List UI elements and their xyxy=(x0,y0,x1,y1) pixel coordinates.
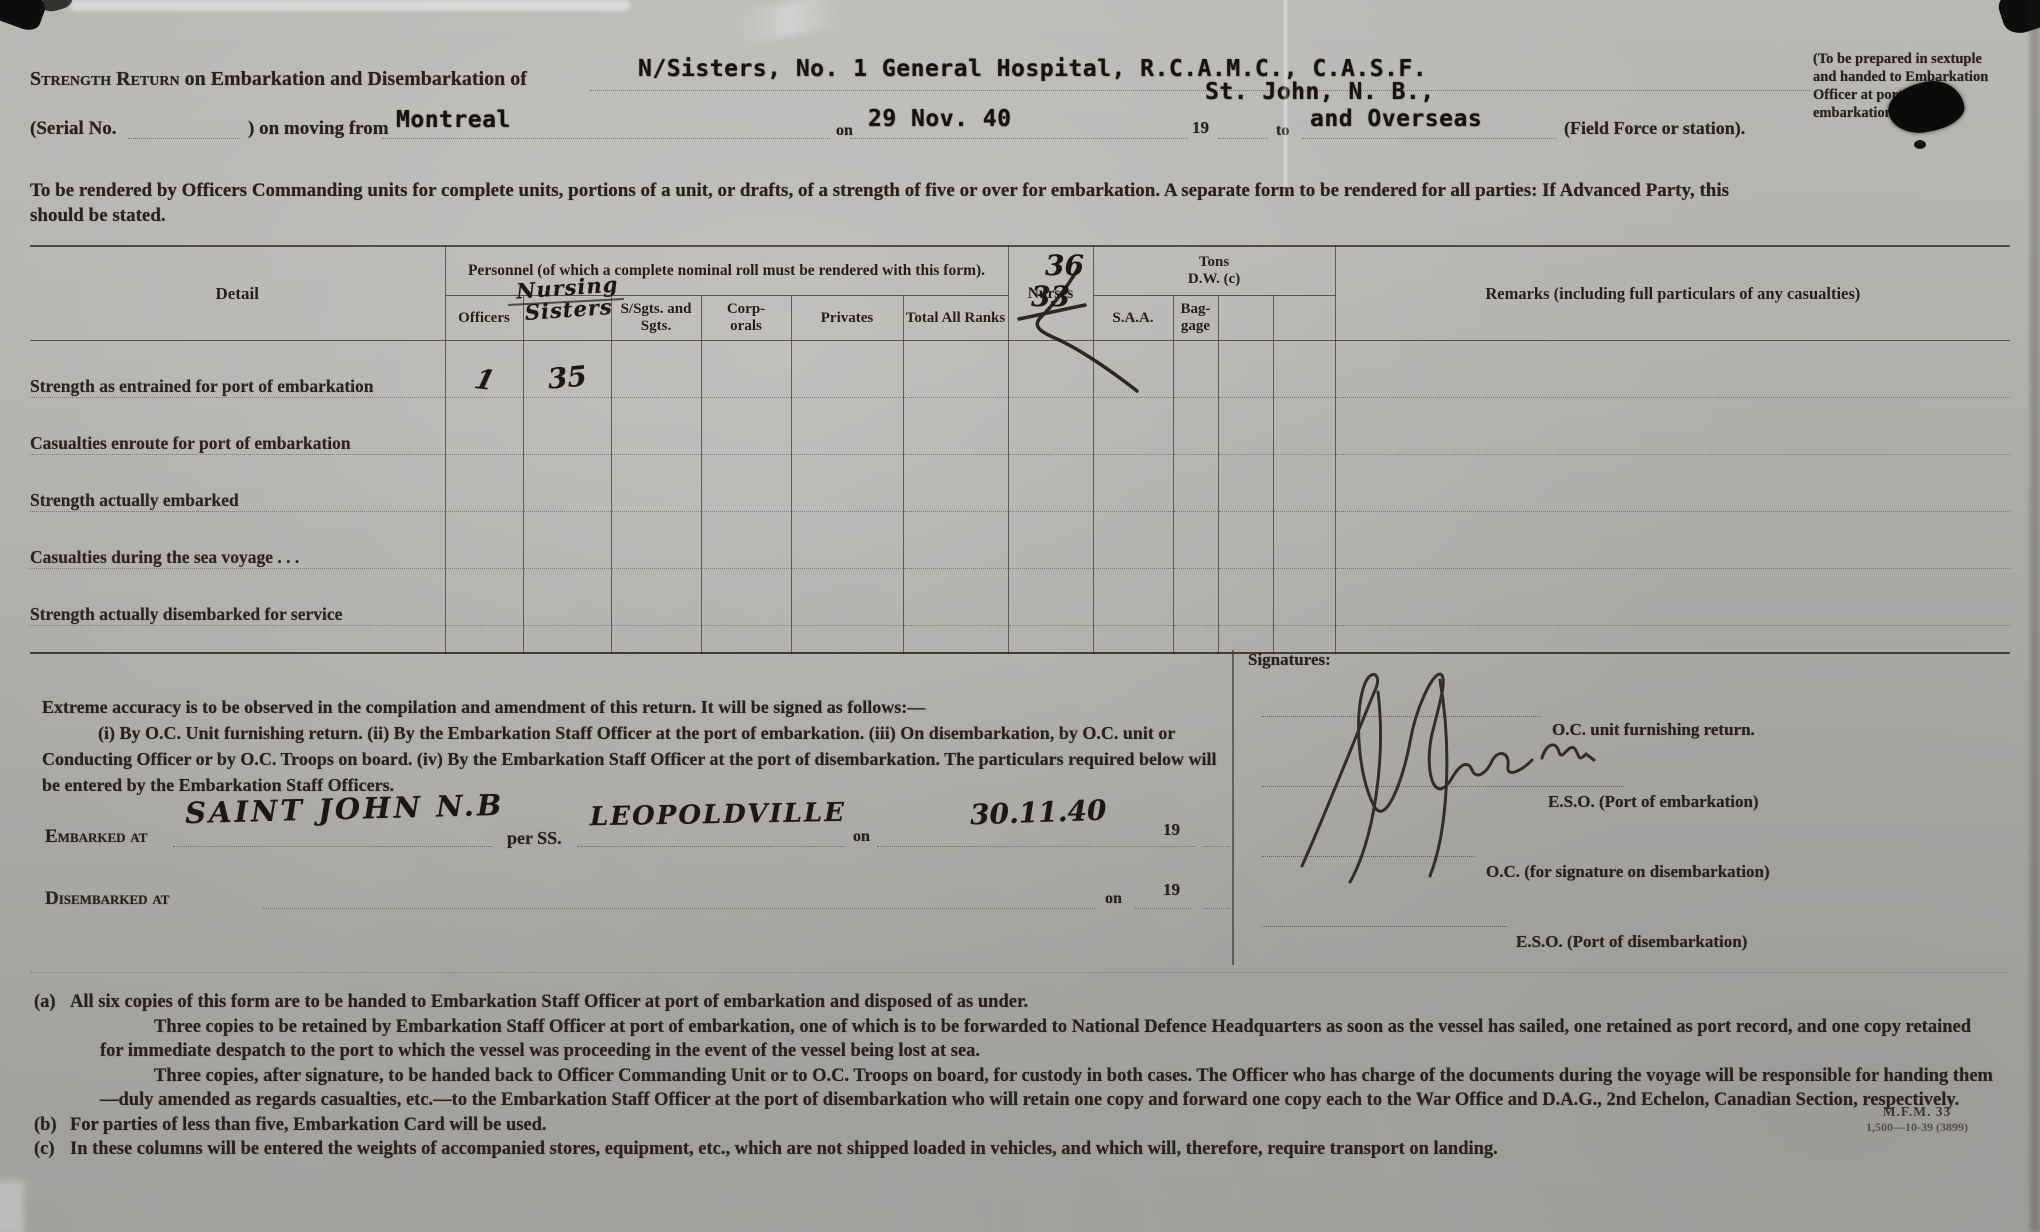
row-label: Casualties enroute for port of embarkati… xyxy=(30,398,445,455)
row-label: Strength actually embarked xyxy=(30,455,445,512)
baggage-line1: Bag- xyxy=(1174,301,1218,318)
strength-table-wrap: Detail Personnel (of which a complete no… xyxy=(30,245,2010,654)
scan-streak-diagonal xyxy=(659,0,921,56)
col-header-baggage: Bag- gage xyxy=(1173,296,1218,341)
table-cell xyxy=(1218,341,1273,398)
officers-value: 1 xyxy=(471,364,498,397)
table-cell xyxy=(523,626,611,654)
disembarked-row: Disembarked at on 19 xyxy=(45,876,1230,916)
table-cell xyxy=(903,569,1008,626)
corporals-line2: orals xyxy=(702,318,791,335)
table-cell xyxy=(701,341,791,398)
nursing-sisters-value-cell: 35 xyxy=(523,341,611,398)
table-cell xyxy=(611,626,701,654)
disembark-year-prefix: 19 xyxy=(1163,880,1180,900)
table-cell xyxy=(791,398,903,455)
signature-scrawl xyxy=(1280,658,1640,898)
table-cell xyxy=(1173,626,1218,654)
eso-disembark-signature-line xyxy=(1262,926,1507,927)
title-dotted-line xyxy=(590,90,1810,91)
ink-blot-dot xyxy=(1914,140,1926,149)
ink-flourish-stroke xyxy=(1013,261,1153,401)
serial-row: (Serial No. ) on moving from Montreal on… xyxy=(30,106,1820,144)
accuracy-instructions: Extreme accuracy is to be observed in th… xyxy=(42,694,1232,798)
footer-notes: (a) All six copies of this form are to b… xyxy=(34,990,1998,1162)
table-cell xyxy=(1093,512,1173,569)
table-cell xyxy=(523,512,611,569)
table-cell xyxy=(1273,512,1335,569)
note-a-label: (a) xyxy=(34,990,70,1015)
embarked-place-line xyxy=(173,846,493,847)
embarked-row: Embarked at SAINT JOHN N.B per SS. LEOPO… xyxy=(45,798,1230,854)
serial-no-label: (Serial No. xyxy=(30,118,117,140)
serial-no-line xyxy=(128,138,240,139)
col-header-officers: Officers xyxy=(445,296,523,341)
remarks-cell xyxy=(1335,341,2010,398)
render-note: To be rendered by Officers Commanding un… xyxy=(30,178,1780,228)
col-header-detail: Detail xyxy=(30,246,445,341)
table-cell xyxy=(611,512,701,569)
table-cell xyxy=(903,398,1008,455)
note-b-label: (b) xyxy=(34,1113,70,1138)
signatures-divider-line xyxy=(1232,650,1234,965)
note-a-text: All six copies of this form are to be ha… xyxy=(70,990,1028,1015)
disembark-year-line xyxy=(1203,908,1230,909)
unit-place-typed: St. John, N. B., xyxy=(1205,79,1435,105)
form-title-caps: Strength Return xyxy=(30,68,180,90)
note-b-text: For parties of less than five, Embarkati… xyxy=(70,1113,547,1138)
table-cell xyxy=(1008,398,1093,455)
scan-edge-right xyxy=(2030,0,2040,1232)
baggage-line2: gage xyxy=(1174,318,1218,335)
table-cell xyxy=(1335,626,2010,654)
embarked-place-handwritten: SAINT JOHN N.B xyxy=(185,788,505,830)
embark-date-line xyxy=(877,846,1195,847)
table-cell xyxy=(1008,455,1093,512)
embark-year-line xyxy=(1203,846,1230,847)
table-cell xyxy=(701,455,791,512)
disembarked-at-label: Disembarked at xyxy=(45,888,169,910)
col-header-blank-2 xyxy=(1273,296,1335,341)
table-cell xyxy=(523,569,611,626)
table-cell xyxy=(701,569,791,626)
table-cell xyxy=(30,626,445,654)
year-prefix: 19 xyxy=(1192,118,1209,138)
moving-from-label: ) on moving from xyxy=(248,118,389,140)
table-row: Casualties enroute for port of embarkati… xyxy=(30,398,2010,455)
table-cell xyxy=(445,626,523,654)
table-cell xyxy=(1273,341,1335,398)
table-cell xyxy=(1173,569,1218,626)
embarked-at-label: Embarked at xyxy=(45,826,147,848)
row-label: Strength actually disembarked for servic… xyxy=(30,569,445,626)
form-code: M.F.M. 33 xyxy=(1832,1104,2002,1120)
table-cell xyxy=(445,455,523,512)
section-rule xyxy=(30,972,2010,973)
nursing-sisters-value: 35 xyxy=(546,359,588,398)
scan-streak-vertical xyxy=(1284,0,1287,188)
remarks-cell xyxy=(1335,512,2010,569)
row-label: Strength as entrained for port of embark… xyxy=(30,341,445,398)
table-cell xyxy=(701,398,791,455)
table-cell xyxy=(523,455,611,512)
table-cell xyxy=(445,512,523,569)
corporals-line1: Corp- xyxy=(702,301,791,318)
table-cell xyxy=(1218,512,1273,569)
moving-from-line xyxy=(382,138,830,139)
disembark-date-line xyxy=(1135,908,1191,909)
table-cell xyxy=(1173,398,1218,455)
table-cell xyxy=(903,512,1008,569)
note-b: (b) For parties of less than five, Embar… xyxy=(34,1113,1998,1138)
col-header-corporals: Corp- orals xyxy=(701,296,791,341)
accuracy-intro: Extreme accuracy is to be observed in th… xyxy=(42,694,1232,720)
field-force-note: (Field Force or station). xyxy=(1564,118,1745,139)
form-reference: M.F.M. 33 1,500—10-39 (3899) xyxy=(1832,1104,2002,1135)
destination-typed: and Overseas xyxy=(1310,106,1482,132)
remarks-cell xyxy=(1335,398,2010,455)
scan-streak-top xyxy=(70,0,630,11)
table-cell xyxy=(791,569,903,626)
col-header-remarks: Remarks (including full particulars of a… xyxy=(1335,246,2010,341)
row-label: Casualties during the sea voyage . . . xyxy=(30,512,445,569)
table-cell xyxy=(1093,455,1173,512)
table-cell xyxy=(1273,455,1335,512)
table-cell xyxy=(791,341,903,398)
table-cell xyxy=(903,455,1008,512)
officers-value-cell: 1 xyxy=(445,341,523,398)
note-a-para2: Three copies, after signature, to be han… xyxy=(100,1064,1998,1113)
col-header-blank-1 xyxy=(1218,296,1273,341)
form-title: Strength Return on Embarkation and Disem… xyxy=(30,68,527,91)
table-cell xyxy=(903,626,1008,654)
table-spacer-row xyxy=(30,626,2010,654)
accuracy-items: (i) By O.C. Unit furnishing return. (ii)… xyxy=(42,720,1232,798)
col-header-ssgts: S/Sgts. and Sgts. xyxy=(611,296,701,341)
table-cell xyxy=(1173,341,1218,398)
note-c-text: In these columns will be entered the wei… xyxy=(70,1137,1498,1162)
table-cell xyxy=(445,569,523,626)
date-value: 29 Nov. 40 xyxy=(868,106,1011,132)
table-cell xyxy=(791,455,903,512)
title-row: Strength Return on Embarkation and Disem… xyxy=(30,54,1810,96)
scan-artifact-corner-top-left-2 xyxy=(40,0,73,14)
table-cell xyxy=(1093,569,1173,626)
table-cell xyxy=(611,341,701,398)
table-cell xyxy=(701,626,791,654)
remarks-cell xyxy=(1335,455,2010,512)
note-c: (c) In these columns will be entered the… xyxy=(34,1137,1998,1162)
table-cell xyxy=(1008,512,1093,569)
print-code: 1,500—10-39 (3899) xyxy=(1832,1120,2002,1135)
table-cell xyxy=(1008,569,1093,626)
table-cell xyxy=(611,455,701,512)
table-cell xyxy=(1093,398,1173,455)
table-cell xyxy=(1218,398,1273,455)
table-cell xyxy=(1008,626,1093,654)
table-row: Casualties during the sea voyage . . . xyxy=(30,512,2010,569)
eso-disembark-label: E.S.O. (Port of disembarkation) xyxy=(1516,932,1747,952)
form-title-rest: on Embarkation and Disembarkation of xyxy=(185,68,527,90)
date-line xyxy=(850,138,1188,139)
table-cell xyxy=(1173,455,1218,512)
disembarked-on-label: on xyxy=(1105,890,1122,908)
to-label: to xyxy=(1276,122,1289,140)
ship-name-handwritten: LEOPOLDVILLE xyxy=(590,798,847,832)
col-header-total: Total All Ranks xyxy=(903,296,1008,341)
table-cell xyxy=(1093,626,1173,654)
table-cell xyxy=(701,512,791,569)
table-cell xyxy=(1273,626,1335,654)
table-row: Strength actually embarked xyxy=(30,455,2010,512)
scan-artifact-corner-bottom-left xyxy=(0,1180,24,1232)
table-cell xyxy=(445,398,523,455)
table-cell xyxy=(903,341,1008,398)
nurses-count-correction: 36 33 xyxy=(1005,249,1155,399)
moving-from-value: Montreal xyxy=(396,107,511,133)
embark-year-prefix: 19 xyxy=(1163,820,1180,840)
ship-name-line xyxy=(577,846,845,847)
table-cell xyxy=(1218,626,1273,654)
table-cell xyxy=(1173,512,1218,569)
table-cell xyxy=(523,398,611,455)
table-row: Strength actually disembarked for servic… xyxy=(30,569,2010,626)
table-cell xyxy=(1273,398,1335,455)
note-c-label: (c) xyxy=(34,1137,70,1162)
table-cell xyxy=(791,512,903,569)
per-ss-label: per SS. xyxy=(507,828,562,849)
table-cell xyxy=(791,626,903,654)
table-cell xyxy=(1218,455,1273,512)
note-a: (a) All six copies of this form are to b… xyxy=(34,990,1998,1015)
table-cell xyxy=(1273,569,1335,626)
scanned-strength-return-form: Strength Return on Embarkation and Disem… xyxy=(0,0,2040,1232)
table-cell xyxy=(611,569,701,626)
destination-line xyxy=(1302,138,1556,139)
year-line xyxy=(1218,138,1268,139)
table-cell xyxy=(611,398,701,455)
disembarked-place-line xyxy=(263,908,1095,909)
table-cell xyxy=(1218,569,1273,626)
note-a-para1: Three copies to be retained by Embarkati… xyxy=(100,1015,1998,1064)
col-header-privates: Privates xyxy=(791,296,903,341)
embarked-on-label: on xyxy=(853,828,870,846)
remarks-cell xyxy=(1335,569,2010,626)
embark-date-handwritten: 30.11.40 xyxy=(969,794,1106,832)
